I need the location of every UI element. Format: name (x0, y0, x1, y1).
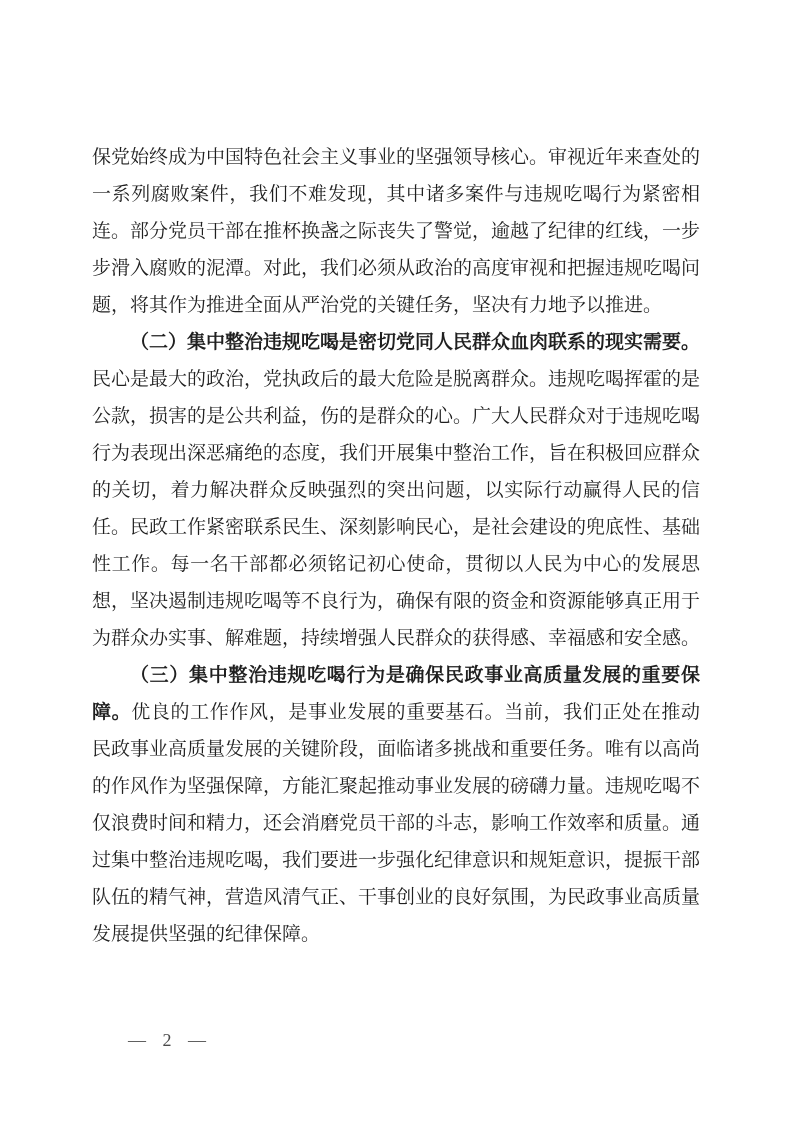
paragraph-text: 保党始终成为中国特色社会主义事业的坚强领导核心。审视近年来查处的一系列腐败案件，… (92, 147, 700, 316)
paragraph-text: 优良的工作作风，是事业发展的重要基石。当前，我们正处在推动民政事业高质量发展的关… (92, 702, 700, 945)
document-page: 保党始终成为中国特色社会主义事业的坚强领导核心。审视近年来查处的一系列腐败案件，… (0, 0, 793, 1122)
paragraph-section-3: （三）集中整治违规吃喝行为是确保民政事业高质量发展的重要保障。优良的工作作风，是… (92, 657, 700, 953)
paragraph-section-2: （二）集中整治违规吃喝是密切党同人民群众血肉联系的现实需要。民心是最大的政治，党… (92, 324, 700, 657)
section-heading-2: （二）集中整治违规吃喝是密切党同人民群众血肉联系的现实需要。 (130, 332, 700, 353)
page-number: — 2 — (128, 1026, 208, 1054)
document-body: 保党始终成为中国特色社会主义事业的坚强领导核心。审视近年来查处的一系列腐败案件，… (92, 139, 700, 953)
paragraph-continuation: 保党始终成为中国特色社会主义事业的坚强领导核心。审视近年来查处的一系列腐败案件，… (92, 139, 700, 324)
paragraph-text: 民心是最大的政治，党执政后的最大危险是脱离群众。违规吃喝挥霍的是公款，损害的是公… (92, 369, 700, 649)
